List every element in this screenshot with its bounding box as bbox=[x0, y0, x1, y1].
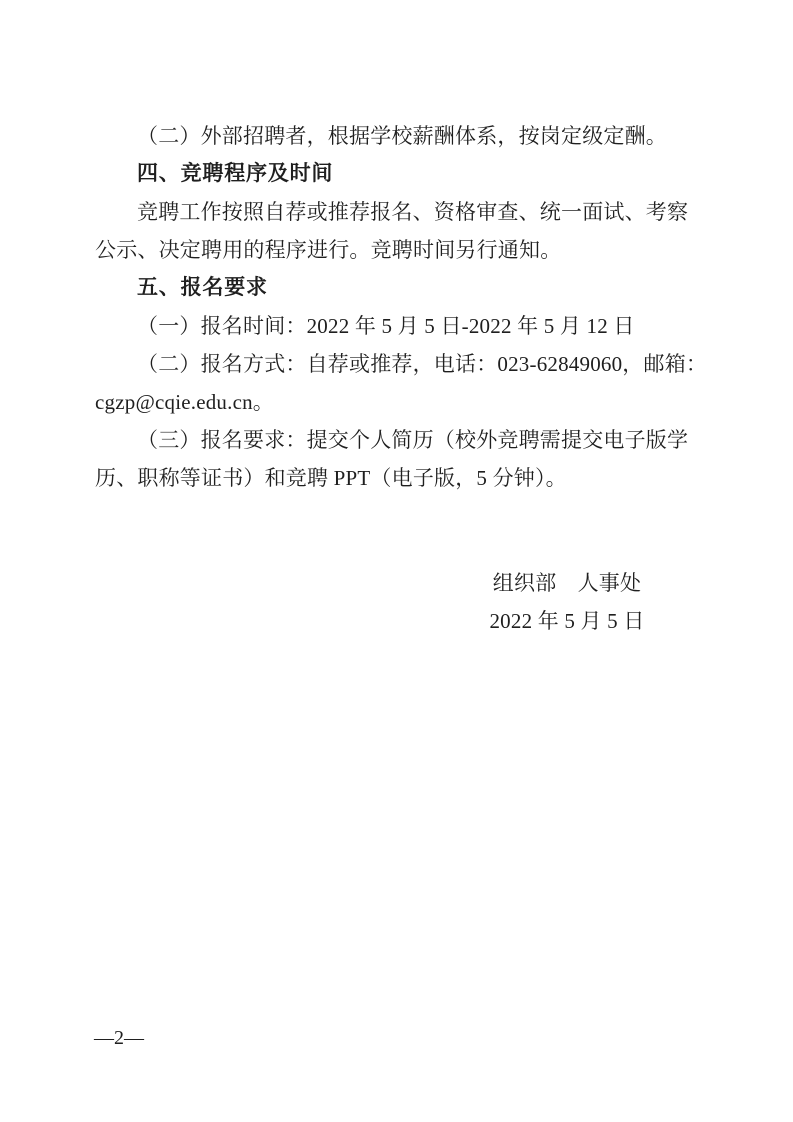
document-page: （二）外部招聘者，根据学校薪酬体系，按岗定级定酬。 四、竞聘程序及时间 竞聘工作… bbox=[0, 0, 793, 1122]
section-heading-procedure: 四、竞聘程序及时间 bbox=[95, 155, 719, 193]
paragraph-salary-external: （二）外部招聘者，根据学校薪酬体系，按岗定级定酬。 bbox=[95, 117, 719, 155]
signature-department: 组织部 人事处 bbox=[428, 564, 706, 602]
section-heading-registration: 五、报名要求 bbox=[95, 269, 719, 307]
signature-block: 组织部 人事处 2022 年 5 月 5 日 bbox=[428, 564, 706, 640]
paragraph-registration-method-line1: （二）报名方式：自荐或推荐，电话：023-62849060，邮箱： bbox=[95, 345, 719, 383]
paragraph-registration-requirements-line2: 历、职称等证书）和竞聘 PPT（电子版，5 分钟）。 bbox=[95, 459, 719, 497]
paragraph-registration-requirements-line1: （三）报名要求：提交个人简历（校外竞聘需提交电子版学 bbox=[95, 421, 719, 459]
email-text: cgzp@cqie.edu.cn。 bbox=[95, 383, 719, 421]
signature-date: 2022 年 5 月 5 日 bbox=[428, 602, 706, 640]
document-body: （二）外部招聘者，根据学校薪酬体系，按岗定级定酬。 四、竞聘程序及时间 竞聘工作… bbox=[95, 117, 719, 497]
paragraph-procedure-line1: 竞聘工作按照自荐或推荐报名、资格审查、统一面试、考察 bbox=[95, 193, 719, 231]
page-number: —2— bbox=[94, 1026, 144, 1050]
paragraph-procedure-line2: 公示、决定聘用的程序进行。竞聘时间另行通知。 bbox=[95, 231, 719, 269]
paragraph-registration-time: （一）报名时间：2022 年 5 月 5 日-2022 年 5 月 12 日 bbox=[95, 307, 719, 345]
